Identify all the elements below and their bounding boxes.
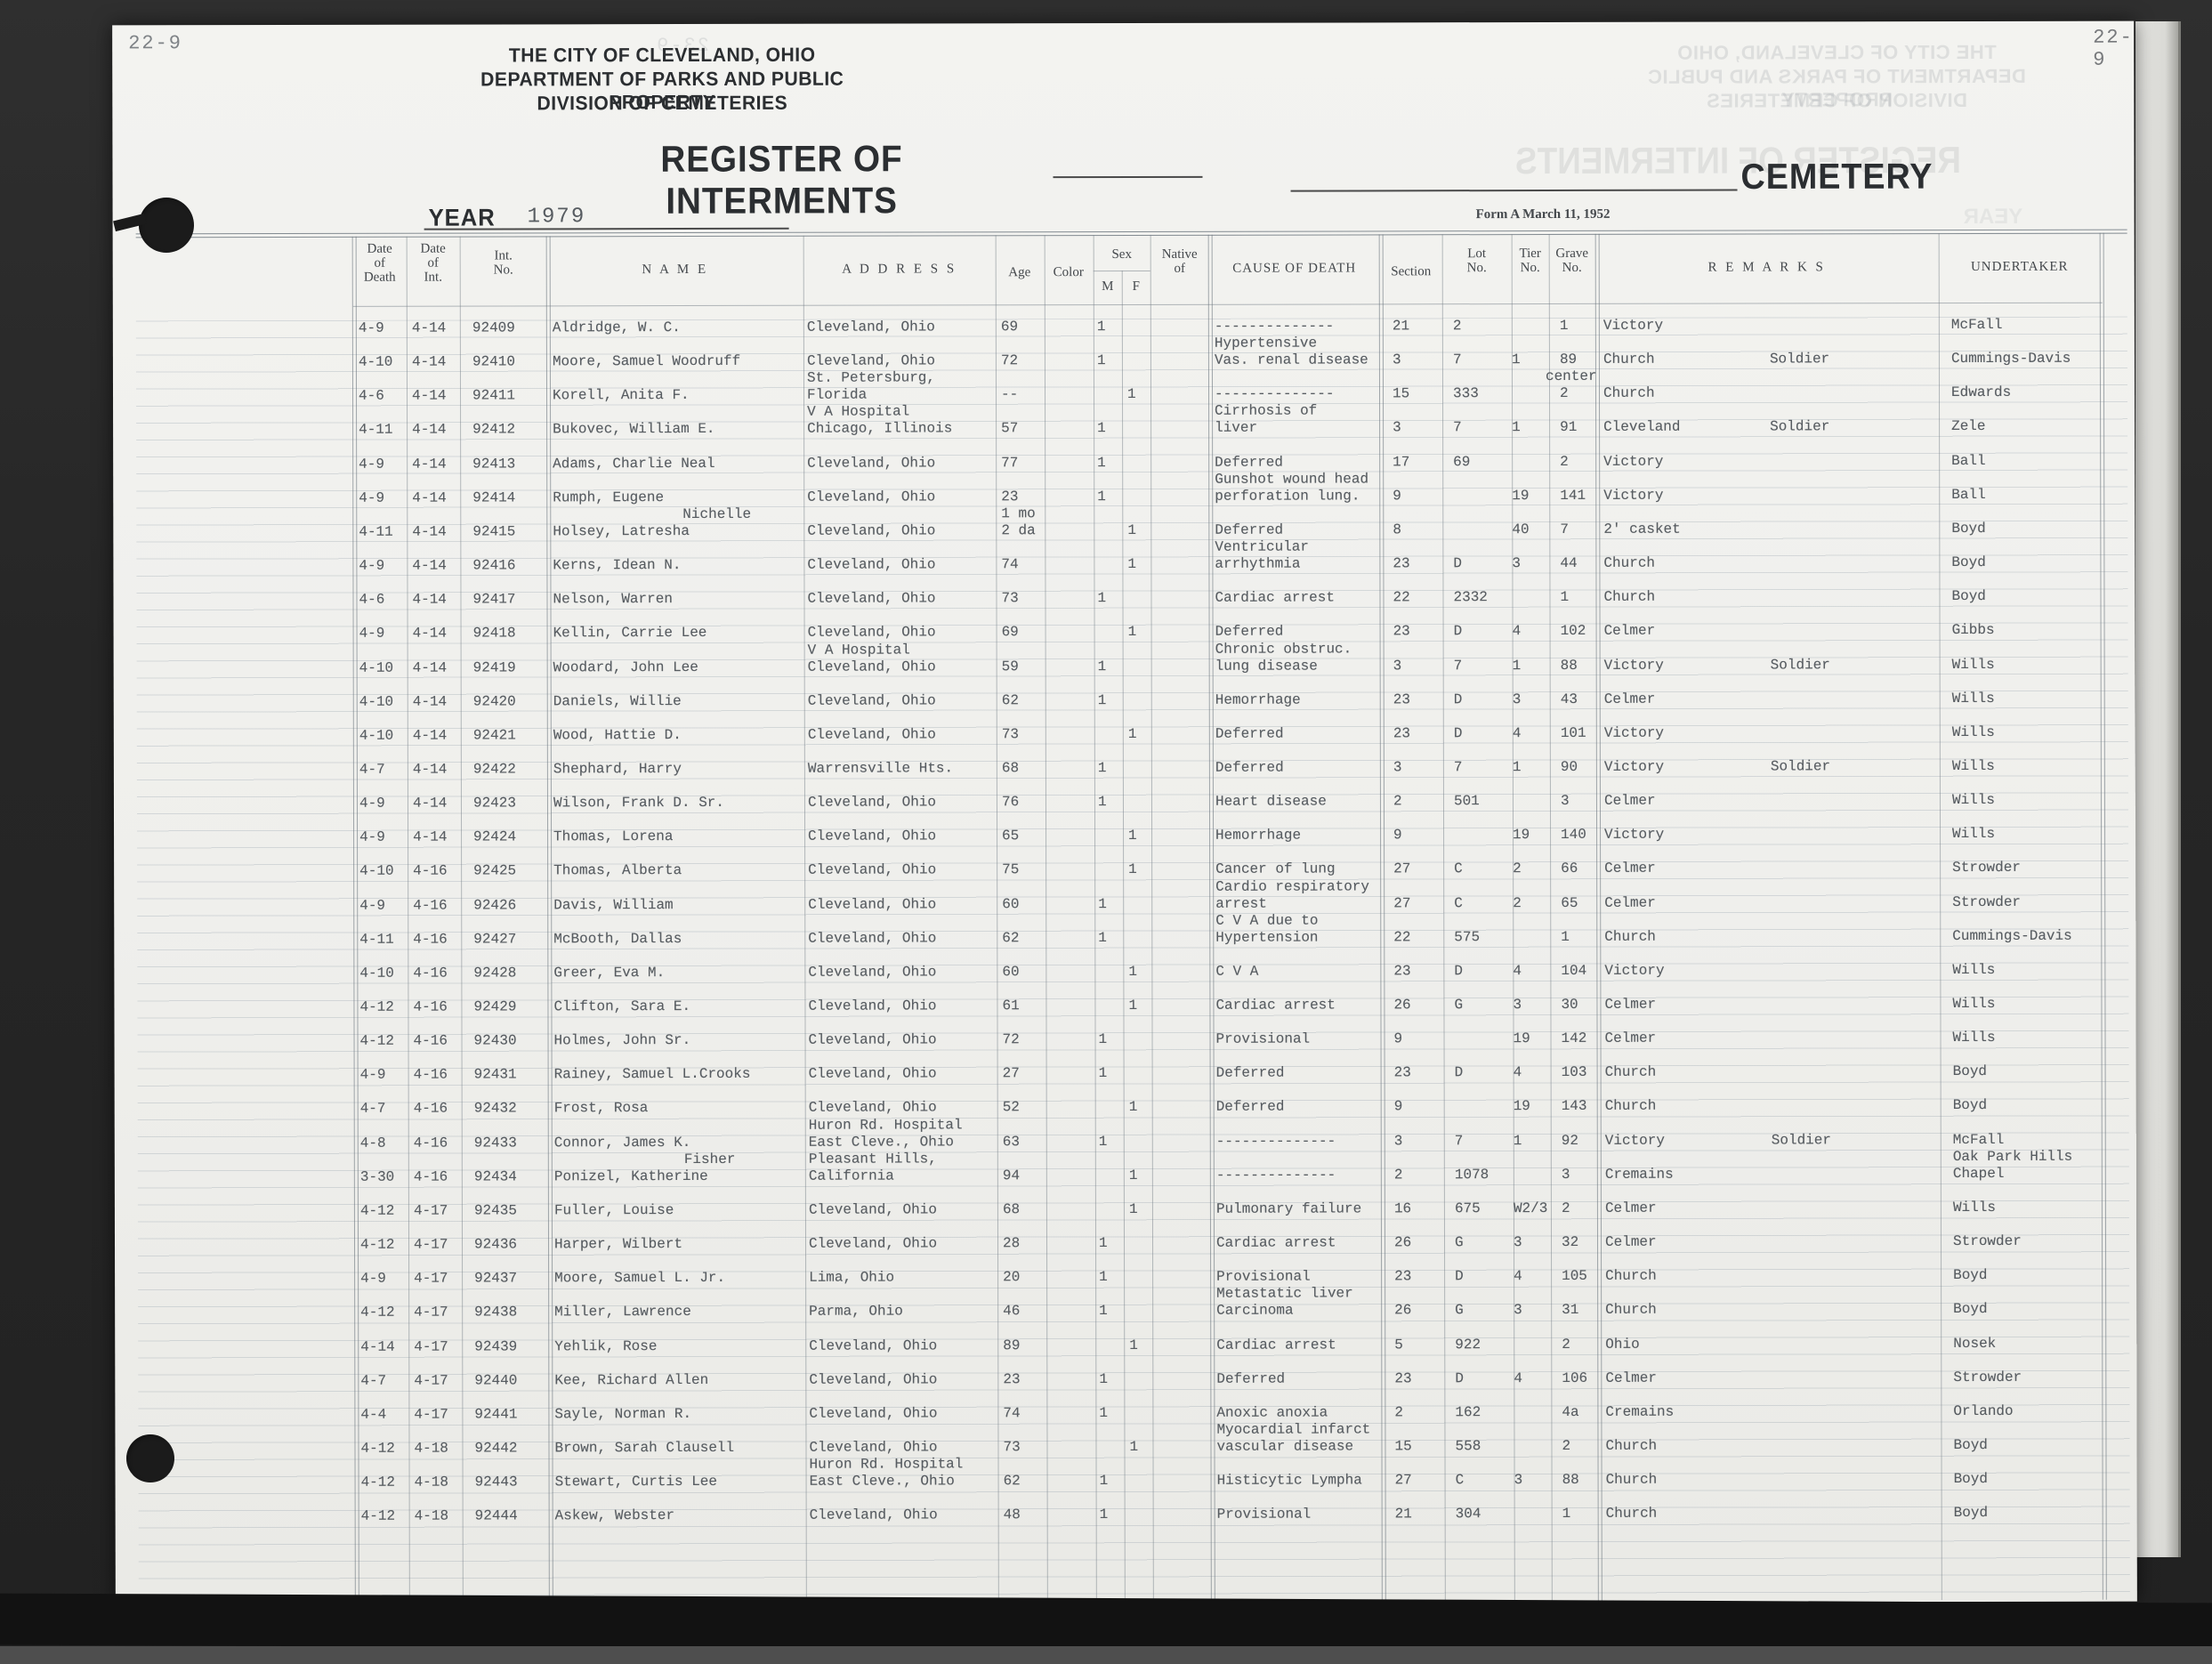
cell-section: 23 <box>1393 555 1439 572</box>
cell-section: 23 <box>1393 691 1440 708</box>
cell-date-of-death: 4-7 <box>359 762 411 779</box>
cell-date-of-death: 4-10 <box>359 727 411 744</box>
cell-remark-cemetery: Victory <box>1604 962 1782 979</box>
header-sex-m: M <box>1102 279 1113 294</box>
cell-date-of-death: 4-10 <box>359 693 411 710</box>
cell-remark-cemetery: Celmer <box>1604 860 1782 877</box>
cell-remark-cemetery: Celmer <box>1604 623 1782 640</box>
cell-name: Davis, William <box>553 896 808 914</box>
cell-name: Thomas, Lorena <box>553 828 808 846</box>
cell-address: Cleveland, Ohio <box>809 1031 1010 1048</box>
cell-section: 2 <box>1394 1167 1441 1183</box>
cell-address: Cleveland, Ohio <box>808 930 1009 947</box>
cell-date-of-death: 3-30 <box>360 1168 412 1185</box>
cell-interment-number: 92416 <box>472 557 554 574</box>
cell-date-of-interment: 4-14 <box>413 626 464 642</box>
cell-section: 2 <box>1394 1404 1441 1421</box>
cell-date-of-death: 4-12 <box>360 1237 412 1254</box>
cell-undertaker: Boyd <box>1954 1471 2150 1488</box>
cell-name: Adams, Charlie Neal <box>553 455 807 473</box>
cell-remark-cemetery: Church <box>1603 385 1781 402</box>
cell-interment-number: 92431 <box>474 1067 556 1084</box>
cell-date-of-interment: 4-14 <box>412 456 464 473</box>
cell-name: Aldridge, W. C. <box>553 319 807 337</box>
cell-address: Cleveland, Ohio <box>807 352 1008 369</box>
cell-age: 72 <box>1001 352 1060 369</box>
cell-date-of-interment: 4-14 <box>413 693 464 710</box>
cell-interment-number: 92428 <box>473 965 555 981</box>
cell-name: Frost, Rosa <box>554 1100 809 1118</box>
cell-section: 27 <box>1395 1472 1441 1489</box>
cell-cause-of-death: Chronic obstruc. lung disease <box>1215 641 1390 674</box>
cell-section: 23 <box>1393 725 1440 742</box>
cell-age: 65 <box>1002 828 1061 844</box>
cell-remark-cemetery: Victory <box>1605 1132 1783 1149</box>
cell-name: Holmes, John Sr. <box>554 1032 809 1050</box>
cell-interment-number: 92444 <box>475 1508 557 1525</box>
cell-sex-female: 1 <box>1128 726 1150 743</box>
cell-date-of-interment: 4-16 <box>414 1168 465 1185</box>
header-grave-no: Grave No. <box>1555 246 1588 275</box>
cell-date-of-death: 4-12 <box>361 1474 413 1491</box>
cell-tier-number: 4 <box>1514 1064 1553 1081</box>
cell-interment-number: 92435 <box>474 1202 556 1219</box>
cell-section: 27 <box>1393 895 1440 912</box>
cell-address: V A Hospital Cleveland, Ohio <box>808 642 1009 675</box>
cell-date-of-interment: 4-18 <box>415 1508 466 1525</box>
cell-interment-number: 92419 <box>473 659 555 676</box>
cell-name: Korell, Anita F. <box>553 387 807 405</box>
cell-undertaker: Edwards <box>1951 384 2147 401</box>
cell-name: Stewart, Curtis Lee <box>555 1474 810 1491</box>
cell-tier-number: 4 <box>1513 623 1552 640</box>
form-note: Form A March 11, 1952 <box>1476 207 1611 222</box>
cell-date-of-death: 4-12 <box>360 1203 412 1220</box>
cell-interment-number: 92422 <box>473 761 555 778</box>
cell-age: 48 <box>1004 1506 1062 1523</box>
cell-undertaker: McFall <box>1953 1131 2149 1148</box>
page-number-right: 22-9 <box>2093 27 2134 71</box>
cell-sex-male: 1 <box>1099 1405 1120 1422</box>
cell-cause-of-death: Myocardial infarct vascular disease <box>1216 1421 1391 1455</box>
cell-age: 68 <box>1002 760 1061 777</box>
cell-date-of-interment: 4-16 <box>414 1067 465 1084</box>
cell-cause-of-death: Deferred <box>1216 1065 1391 1082</box>
cell-age: 69 <box>1001 319 1060 335</box>
cell-remark-cemetery: Celmer <box>1605 1030 1783 1047</box>
cell-interment-number: 92424 <box>473 829 555 846</box>
cell-name: Shephard, Harry <box>553 761 808 779</box>
cell-lot-number: C <box>1454 895 1511 912</box>
scanned-ledger-scene: 22-9 23-9 22-9 THE CITY OF CLEVELAND, OH… <box>0 0 2212 1664</box>
cell-interment-number: 92441 <box>474 1406 556 1423</box>
cell-name: Clifton, Sara E. <box>553 998 808 1016</box>
cell-tier-number: 40 <box>1512 521 1551 538</box>
cell-date-of-interment: 4-18 <box>415 1474 466 1491</box>
cell-undertaker: Gibbs <box>1952 622 2148 639</box>
cell-date-of-interment: 4-16 <box>413 965 464 981</box>
cell-cause-of-death: Deferred <box>1216 1099 1391 1116</box>
cell-address: Cleveland, Ohio <box>807 319 1008 335</box>
cell-lot-number: G <box>1455 1234 1512 1251</box>
cell-address: Huron Rd. Hospital East Cleve., Ohio <box>810 1456 1011 1490</box>
cell-undertaker: Oak Park Hills Chapel <box>1953 1148 2149 1182</box>
cell-remark-cemetery: Ohio <box>1605 1336 1783 1353</box>
cell-date-of-interment: 4-16 <box>414 1101 465 1118</box>
title-underline <box>1054 176 1203 178</box>
cell-sex-male: 1 <box>1099 1371 1120 1388</box>
header-section: Section <box>1391 264 1431 279</box>
cell-cause-of-death: Deferred <box>1216 1370 1391 1387</box>
header-cause-of-death: CAUSE OF DEATH <box>1232 261 1356 275</box>
cell-name: Harper, Wilbert <box>554 1236 809 1254</box>
cell-undertaker: Strowder <box>1953 1369 2149 1385</box>
cell-cause-of-death: Provisional <box>1217 1506 1392 1523</box>
cell-interment-number: 92443 <box>475 1474 557 1490</box>
cell-remark-cemetery: Church <box>1603 351 1781 368</box>
cell-date-of-death: 4-7 <box>360 1101 412 1118</box>
cell-date-of-interment: 4-16 <box>413 931 464 948</box>
cell-tier-number: 3 <box>1513 691 1552 708</box>
cell-undertaker: Wills <box>1952 961 2148 978</box>
cell-name: Kellin, Carrie Lee <box>553 625 808 642</box>
cell-interment-number: 92411 <box>472 388 554 405</box>
cell-sex-male: 1 <box>1097 455 1118 472</box>
cell-lot-number: D <box>1454 691 1511 708</box>
cell-address: Cleveland, Ohio <box>808 726 1009 743</box>
cell-lot-number: D <box>1455 1268 1512 1285</box>
cell-name: Yehlik, Rose <box>554 1337 809 1355</box>
cell-date-of-interment: 4-14 <box>412 354 464 371</box>
cell-remark-cemetery: Celmer <box>1605 1233 1783 1250</box>
cell-section: 23 <box>1393 963 1440 980</box>
cell-interment-number: 92442 <box>474 1440 556 1457</box>
cell-age: 52 <box>1003 1100 1062 1117</box>
cell-age: 60 <box>1002 896 1061 913</box>
cell-section: 15 <box>1394 1438 1441 1455</box>
cell-interment-number: 92425 <box>473 863 555 880</box>
header-lot-no: Lot No. <box>1467 246 1487 275</box>
cell-lot-number: 7 <box>1453 420 1510 437</box>
header-date-of-int: Date of Int. <box>420 242 445 285</box>
cell-undertaker: Strowder <box>1953 1233 2149 1250</box>
cell-section: 2 <box>1393 793 1440 810</box>
cell-lot-number: 304 <box>1456 1506 1513 1523</box>
cell-interment-number: 92410 <box>472 353 554 370</box>
cell-cause-of-death: Anoxic anoxia <box>1216 1404 1391 1421</box>
cell-undertaker: Wills <box>1952 826 2148 843</box>
cell-section: 27 <box>1393 861 1440 878</box>
ghost-org-line-division: DIVISION OF CEMETERIES <box>1614 89 2059 113</box>
cell-sex-male: 1 <box>1099 1269 1120 1286</box>
cell-lot-number: 2332 <box>1453 589 1510 606</box>
cell-remark-cemetery: Church <box>1605 1268 1783 1285</box>
cell-address: Cleveland, Ohio <box>809 1100 1010 1117</box>
cell-undertaker: Boyd <box>1953 1097 2149 1114</box>
scan-bottom-strip <box>0 1646 2212 1664</box>
page-title: REGISTER OF INTERMENTS <box>546 138 1016 222</box>
cell-cause-of-death: Heart disease <box>1215 793 1390 810</box>
cell-undertaker: Wills <box>1953 1030 2149 1046</box>
register-rows: 4-94-1492409Aldridge, W. C.Cleveland, Oh… <box>112 21 2134 26</box>
cell-date-of-death: 4-7 <box>360 1372 412 1389</box>
cemetery-label: CEMETERY <box>1740 156 1933 198</box>
cell-age: 46 <box>1003 1303 1062 1320</box>
cell-interment-number: 92421 <box>473 727 555 744</box>
cell-sex-male: 1 <box>1099 1134 1120 1151</box>
cell-address: Cleveland, Ohio <box>808 862 1009 879</box>
cell-undertaker: Wills <box>1952 723 2148 740</box>
cell-date-of-interment: 4-16 <box>413 863 464 880</box>
cell-tier-number: 1 <box>1514 1133 1553 1150</box>
cell-date-of-death: 4-9 <box>359 796 411 812</box>
cell-address: Pleasant Hills, California <box>809 1151 1010 1184</box>
cell-sex-female: 1 <box>1127 386 1149 403</box>
cell-interment-number: 92440 <box>474 1372 556 1389</box>
cell-undertaker: Wills <box>1952 792 2148 809</box>
cell-section: 3 <box>1393 658 1440 674</box>
cell-interment-number: 92437 <box>474 1271 556 1288</box>
cell-undertaker: Cummings-Davis <box>1952 927 2148 944</box>
cell-date-of-death: 4-9 <box>359 489 410 506</box>
cell-date-of-interment: 4-18 <box>414 1440 465 1457</box>
cell-sex-female: 1 <box>1129 1439 1150 1456</box>
cell-date-of-death: 4-11 <box>359 422 410 439</box>
cell-name: McBooth, Dallas <box>553 930 808 948</box>
header-tier-no: Tier No. <box>1519 246 1541 275</box>
cell-date-of-death: 4-9 <box>360 1067 412 1084</box>
cell-section: 23 <box>1394 1268 1441 1285</box>
cell-tier-number: W2/3 <box>1514 1200 1553 1217</box>
cell-cause-of-death: Deferred <box>1215 759 1390 776</box>
cell-interment-number: 92439 <box>474 1338 556 1355</box>
cell-address: Cleveland, Ohio <box>807 590 1008 607</box>
cell-age: 60 <box>1002 964 1061 981</box>
cell-remark-cemetery: Church <box>1605 1437 1783 1454</box>
cell-lot-number: 333 <box>1453 385 1510 402</box>
ghost-year-label: YEAR <box>1964 205 2023 230</box>
cell-remark-cemetery: Church <box>1605 1098 1783 1115</box>
cell-interment-number: 92427 <box>473 931 555 948</box>
table-row: 4-124-1892444Askew, WebsterCleveland, Oh… <box>116 1487 2137 1527</box>
year-underline <box>424 228 789 230</box>
cell-undertaker: Boyd <box>1954 1505 2150 1522</box>
cell-date-of-interment: 4-17 <box>414 1372 465 1389</box>
cell-undertaker: Wills <box>1953 1199 2149 1216</box>
cell-cause-of-death: Ventricular arrhythmia <box>1215 538 1389 572</box>
cell-cause-of-death: Cardiac arrest <box>1215 590 1389 607</box>
cell-undertaker: Boyd <box>1953 1267 2149 1284</box>
cell-remark-cemetery: Church <box>1606 1506 1784 1523</box>
cell-date-of-death: 4-10 <box>359 659 411 676</box>
cell-name: Fuller, Louise <box>554 1202 809 1220</box>
cell-age: 27 <box>1003 1065 1062 1082</box>
header-sex-f: F <box>1133 279 1140 294</box>
binder-hole-top <box>139 198 194 253</box>
cell-sex-female: 1 <box>1128 624 1150 641</box>
cell-section: 3 <box>1393 420 1439 437</box>
cell-address: Cleveland, Ohio <box>807 489 1008 505</box>
cell-address: Cleveland, Ohio <box>809 1371 1010 1388</box>
cell-section: 21 <box>1395 1506 1441 1523</box>
cell-name: Rumph, Eugene <box>553 489 807 506</box>
cell-name: Moore, Samuel L. Jr. <box>554 1270 809 1288</box>
cell-age: 1 mo 2 da <box>1001 505 1060 539</box>
cell-tier-number: 1 <box>1512 351 1551 368</box>
cell-address: Cleveland, Ohio <box>809 1439 1010 1456</box>
cell-cause-of-death: C V A <box>1215 963 1390 980</box>
cell-cause-of-death: Histicytic Lympha <box>1217 1472 1392 1489</box>
cell-interment-number: 92417 <box>472 592 554 609</box>
cell-cause-of-death: Deferred <box>1215 521 1389 538</box>
cell-section: 16 <box>1394 1200 1441 1217</box>
cell-name: Askew, Webster <box>555 1507 810 1525</box>
cell-lot-number: 501 <box>1454 793 1511 810</box>
cell-section: 3 <box>1394 1133 1441 1150</box>
cell-section: 26 <box>1394 1303 1441 1320</box>
cell-date-of-death: 4-10 <box>359 354 410 371</box>
cell-tier-number: 19 <box>1513 827 1552 844</box>
cell-date-of-death: 4-12 <box>360 1305 412 1321</box>
cell-remark-note: Soldier <box>1771 758 1886 775</box>
cell-date-of-death: 4-8 <box>360 1135 412 1151</box>
cell-address: Cleveland, Ohio <box>808 692 1009 709</box>
cell-interment-number: 92409 <box>472 319 554 336</box>
cell-date-of-death: 4-9 <box>359 897 411 914</box>
cell-undertaker: Wills <box>1952 690 2148 707</box>
cell-sex-female: 1 <box>1129 1201 1150 1218</box>
cell-tier-number: 2 <box>1513 895 1552 912</box>
cell-name: Miller, Lawrence <box>554 1304 809 1321</box>
cell-remark-cemetery: Church <box>1606 1472 1784 1489</box>
cell-lot-number: 1078 <box>1455 1167 1512 1183</box>
cell-date-of-death: 4-12 <box>359 999 411 1016</box>
cell-interment-number: 92414 <box>472 489 554 506</box>
cell-sex-male: 1 <box>1098 692 1119 709</box>
cell-tier-number: 1 <box>1513 657 1552 674</box>
cell-age: 61 <box>1002 998 1061 1014</box>
cell-cause-of-death: Cardiac arrest <box>1216 1234 1391 1251</box>
cell-undertaker: Wills <box>1952 996 2148 1013</box>
cell-date-of-interment: 4-14 <box>413 727 464 744</box>
cell-lot-number: G <box>1454 997 1511 1014</box>
cell-age: 62 <box>1002 930 1061 947</box>
cell-date-of-interment: 4-14 <box>413 829 464 846</box>
cell-date-of-death: 4-4 <box>360 1406 412 1423</box>
page-number-left: 22-9 <box>128 32 182 54</box>
cell-tier-number: 3 <box>1514 1472 1554 1489</box>
cell-tier-number: 4 <box>1513 725 1552 742</box>
cell-date-of-death: 4-6 <box>359 388 410 405</box>
cell-address: Cleveland, Ohio <box>807 522 1008 539</box>
cell-date-of-death: 4-12 <box>360 1441 412 1458</box>
cell-address: Cleveland, Ohio <box>808 896 1009 913</box>
cell-date-of-interment: 4-14 <box>412 320 464 337</box>
cell-name: Woodard, John Lee <box>553 658 808 676</box>
cell-interment-number: 92436 <box>474 1236 556 1253</box>
cell-sex-female: 1 <box>1127 556 1149 573</box>
cell-date-of-interment: 4-14 <box>412 523 464 540</box>
cell-age: 28 <box>1003 1235 1062 1252</box>
cell-name: Kee, Richard Allen <box>554 1371 809 1389</box>
cell-address: Cleveland, Ohio <box>808 998 1009 1014</box>
cell-name-pre-line: Nichelle <box>682 506 834 523</box>
cell-sex-female: 1 <box>1128 964 1150 981</box>
cell-age: 57 <box>1001 421 1060 438</box>
cell-cause-of-death: Cardiac arrest <box>1216 1337 1391 1353</box>
ledger-page: 22-9 23-9 22-9 THE CITY OF CLEVELAND, OH… <box>112 21 2137 1606</box>
cell-date-of-interment: 4-16 <box>414 1135 465 1151</box>
cell-undertaker: Boyd <box>1951 520 2147 537</box>
cell-cause-of-death: Pulmonary failure <box>1216 1200 1391 1217</box>
cell-tier-number: 4 <box>1514 1268 1553 1285</box>
cell-interment-number: 92429 <box>473 998 555 1015</box>
cell-sex-male: 1 <box>1097 319 1118 335</box>
cell-address: Cleveland, Ohio <box>808 625 1009 642</box>
cell-lot-number: 162 <box>1455 1404 1512 1421</box>
cell-address: Cleveland, Ohio <box>809 1235 1010 1252</box>
cell-lot-number: C <box>1456 1472 1513 1489</box>
cell-age: 77 <box>1001 455 1060 472</box>
cell-date-of-interment: 4-16 <box>413 897 464 914</box>
cell-name: Connor, James K. <box>554 1134 809 1151</box>
cell-age: 23 <box>1003 1371 1062 1388</box>
cell-cause-of-death: Provisional <box>1216 1269 1391 1286</box>
cell-address: V A Hospital Chicago, Illinois <box>807 404 1008 438</box>
cell-remark-cemetery: Celmer <box>1604 793 1782 810</box>
cell-cause-of-death: Gunshot wound head perforation lung. <box>1215 471 1389 505</box>
cell-address: Lima, Ohio <box>809 1269 1010 1286</box>
cell-section: 22 <box>1393 589 1439 606</box>
cell-tier-number: 4 <box>1514 1370 1553 1387</box>
cell-remark-cemetery: 2' casket <box>1603 521 1781 537</box>
cell-sex-male: 1 <box>1100 1506 1121 1523</box>
cell-address: Cleveland, Ohio <box>807 455 1008 472</box>
cell-interment-number: 92420 <box>473 693 555 710</box>
cell-interment-number: 92430 <box>474 1032 556 1049</box>
cell-sex-male: 1 <box>1099 1031 1120 1048</box>
cell-lot-number: 69 <box>1453 454 1510 471</box>
cell-remark-cemetery: Victory <box>1603 317 1781 334</box>
cell-remark-note: Soldier <box>1770 419 1885 436</box>
cell-name: Bukovec, William E. <box>553 421 807 439</box>
cell-remark-cemetery: Church <box>1604 928 1782 945</box>
cell-section: 3 <box>1393 759 1440 776</box>
cell-interment-number: 92432 <box>474 1101 556 1118</box>
cell-cause-of-death: -------------- <box>1215 318 1389 335</box>
cell-name: Brown, Sarah Clausell <box>554 1440 809 1458</box>
cell-sex-male: 1 <box>1097 420 1118 437</box>
cell-interment-number: 92412 <box>472 422 554 439</box>
cell-remark-cemetery: Church <box>1603 554 1781 571</box>
cell-cause-of-death: Hemorrhage <box>1215 828 1390 844</box>
cell-age: 75 <box>1002 862 1061 879</box>
cell-name: Wood, Hattie D. <box>553 727 808 745</box>
cell-address: Cleveland, Ohio <box>809 1405 1010 1422</box>
cell-sex-male: 1 <box>1098 760 1119 777</box>
cell-undertaker: Wills <box>1952 656 2148 673</box>
cell-lot-number: D <box>1454 963 1511 980</box>
cell-section: 22 <box>1393 929 1440 946</box>
cell-remark-cemetery: Church <box>1605 1302 1783 1319</box>
cell-date-of-death: 4-9 <box>359 320 410 337</box>
cell-undertaker: Boyd <box>1951 588 2147 605</box>
cell-tier-number: 19 <box>1512 488 1551 505</box>
cell-section: 17 <box>1393 454 1439 471</box>
cell-date-of-death: 4-11 <box>359 931 411 948</box>
cell-cause-of-death: Metastatic liver Carcinoma <box>1216 1286 1391 1320</box>
cell-remark-cemetery: Victory <box>1603 453 1781 470</box>
